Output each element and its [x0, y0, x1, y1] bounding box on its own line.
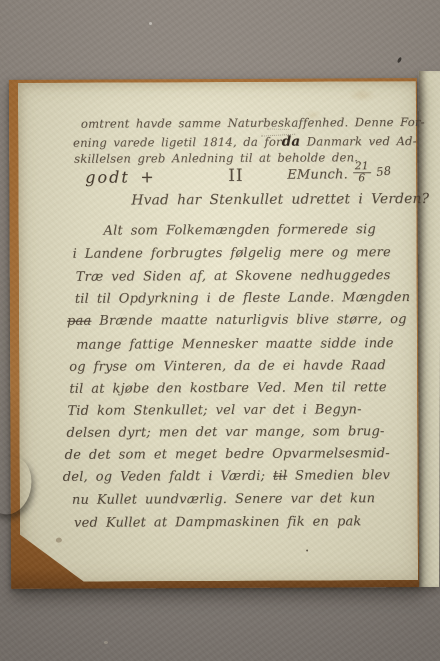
felt-speck [397, 57, 402, 64]
paper-speck [56, 538, 62, 543]
manuscript-page [18, 81, 418, 582]
notebook-cover-edge [9, 78, 419, 589]
paper-stain [348, 87, 376, 102]
felt-speck [104, 641, 108, 644]
paper-stain [304, 110, 322, 121]
photograph-of-manuscript: omtrent havde samme Naturbeskaffenhed. D… [0, 0, 440, 661]
next-sheet-edge [417, 71, 440, 587]
felt-speck [149, 22, 152, 25]
